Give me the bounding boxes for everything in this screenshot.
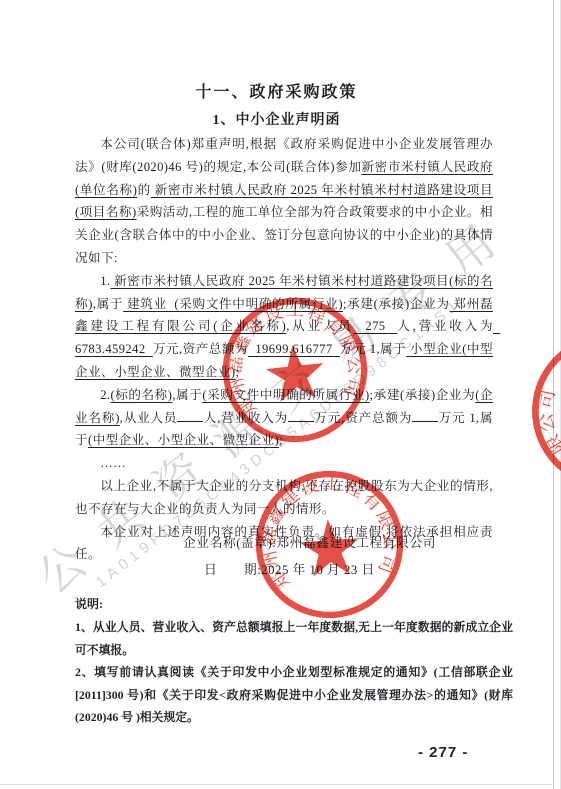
document-page: 公共资源交易专用 1A019FD7B5C943DCB5A6D86D98CC1AS…: [0, 0, 561, 789]
section-title: 十一、政府采购政策: [0, 79, 553, 102]
paragraph-item-1: 1. 新密市米村镇人民政府 2025 年米村镇米村村道路建设项目(标的名称),属…: [75, 270, 493, 384]
signature-company-name: 郑州磊鑫建设工程有限公司: [276, 536, 436, 550]
signature-company-label: 企业名称(盖章):: [183, 536, 276, 550]
signature-date-label: 日 期:: [204, 563, 261, 577]
svg-text:郑州磊鑫建设工程有限公司: 郑州磊鑫建设工程有限公司: [527, 349, 561, 499]
note-item: 1、从业人员、营业收入、资产总额填报上一年度数据,无上一年度数据的新成立企业可不…: [75, 616, 513, 661]
paragraph-intro: 本公司(联合体)郑重声明,根据《政府采购促进中小企业发展管理办法》(财库(202…: [75, 133, 493, 270]
paragraph-item-2: 2.(标的名称),属于(采购文件中明确的所属行业);承建(承接)企业为(企业名称…: [75, 384, 493, 452]
declaration-body: 本公司(联合体)郑重声明,根据《政府采购促进中小企业发展管理办法》(财库(202…: [75, 133, 493, 566]
document-title: 1、中小企业声明函: [0, 109, 553, 129]
signature-date-line: 日 期:2025 年 10 月 23 日: [204, 559, 375, 578]
notes-heading: 说明:: [75, 595, 103, 612]
paragraph-no-large-enterprise: 以上企业,不属于大企业的分支机构,不存在控股股东为大企业的情形,也不存在与大企业…: [75, 475, 493, 521]
notes-list: 1、从业人员、营业收入、资产总额填报上一年度数据,无上一年度数据的新成立企业可不…: [75, 616, 513, 729]
page-edge-line: [0, 784, 554, 785]
page-edge-line: [553, 0, 554, 789]
page-number: - 277 -: [418, 744, 468, 761]
paragraph-ellipsis: ……: [75, 452, 493, 475]
signature-company-line: 企业名称(盖章):郑州磊鑫建设工程有限公司: [183, 532, 436, 551]
signature-date-value: 2025 年 10 月 23 日: [261, 563, 375, 577]
note-item: 2、填写前请认真阅读《关于印发中小企业划型标准规定的通知》(工信部联企业[201…: [75, 661, 513, 729]
